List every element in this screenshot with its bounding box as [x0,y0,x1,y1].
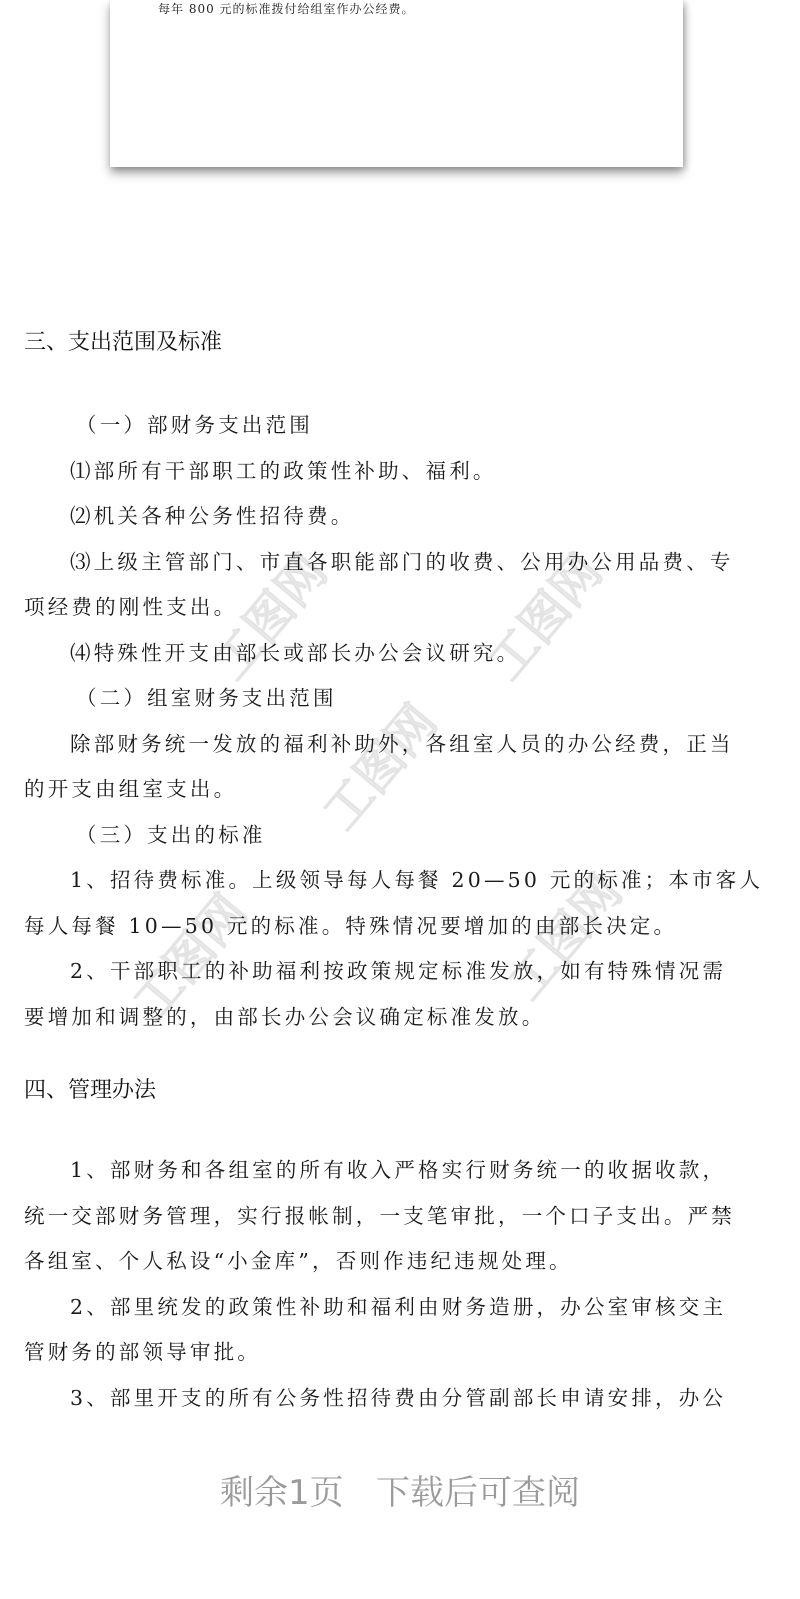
subheading-dept-expenditure-scope: （一）部财务支出范围 [76,408,313,438]
paragraph-line: 各组室、个人私设“小金库”，否则作违纪违规处理。 [24,1244,573,1274]
paragraph-line: 项经费的刚性支出。 [24,590,237,620]
paragraph-line: 要增加和调整的，由部长办公会议确定标准发放。 [24,1000,545,1030]
paragraph-line: 每人每餐 10—50 元的标准。特殊情况要增加的由部长决定。 [24,909,677,939]
paragraph-line: 2、部里统发的政策性补助和福利由财务造册，办公室审核交主 [70,1290,726,1320]
section-heading-expenditure-scope: 三、支出范围及标准 [24,325,222,356]
paragraph-line: ⑷特殊性开支由部长或部长办公会议研究。 [70,636,520,666]
previous-page-preview: 每年 800 元的标准拨付给组室作办公经费。 [110,0,683,167]
remaining-pages-download-prompt[interactable]: 剩余1页 下载后可查阅 [0,1465,800,1514]
paragraph-line: ⑵机关各种公务性招待费。 [70,499,354,529]
section-heading-management: 四、管理办法 [24,1073,156,1104]
paragraph-line: 除部财务统一发放的福利补助外，各组室人员的办公经费，正当 [70,727,734,757]
subheading-expenditure-standards: （三）支出的标准 [76,818,266,848]
paragraph-line: 管财务的部领导审批。 [24,1335,261,1365]
subheading-group-expenditure-scope: （二）组室财务支出范围 [76,681,337,711]
paragraph-line: 1、招待费标准。上级领导每人每餐 20—50 元的标准；本市客人 [70,863,763,893]
paragraph-line: ⑶上级主管部门、市直各职能部门的收费、公用办公用品费、专 [70,545,734,575]
paragraph-line: 3、部里开支的所有公务性招待费由分管副部长申请安排，办公 [70,1381,726,1411]
paragraph-line: 统一交部财务管理，实行报帐制，一支笔审批，一个口子支出。严禁 [24,1199,735,1229]
paragraph-line: 的开支由组室支出。 [24,772,237,802]
preview-page-last-line: 每年 800 元的标准拨付给组室作办公经费。 [158,0,415,17]
paragraph-line: 1、部财务和各组室的所有收入严格实行财务统一的收据收款， [70,1153,726,1183]
paragraph-line: ⑴部所有干部职工的政策性补助、福利。 [70,454,497,484]
paragraph-line: 2、干部职工的补助福利按政策规定标准发放，如有特殊情况需 [70,954,726,984]
